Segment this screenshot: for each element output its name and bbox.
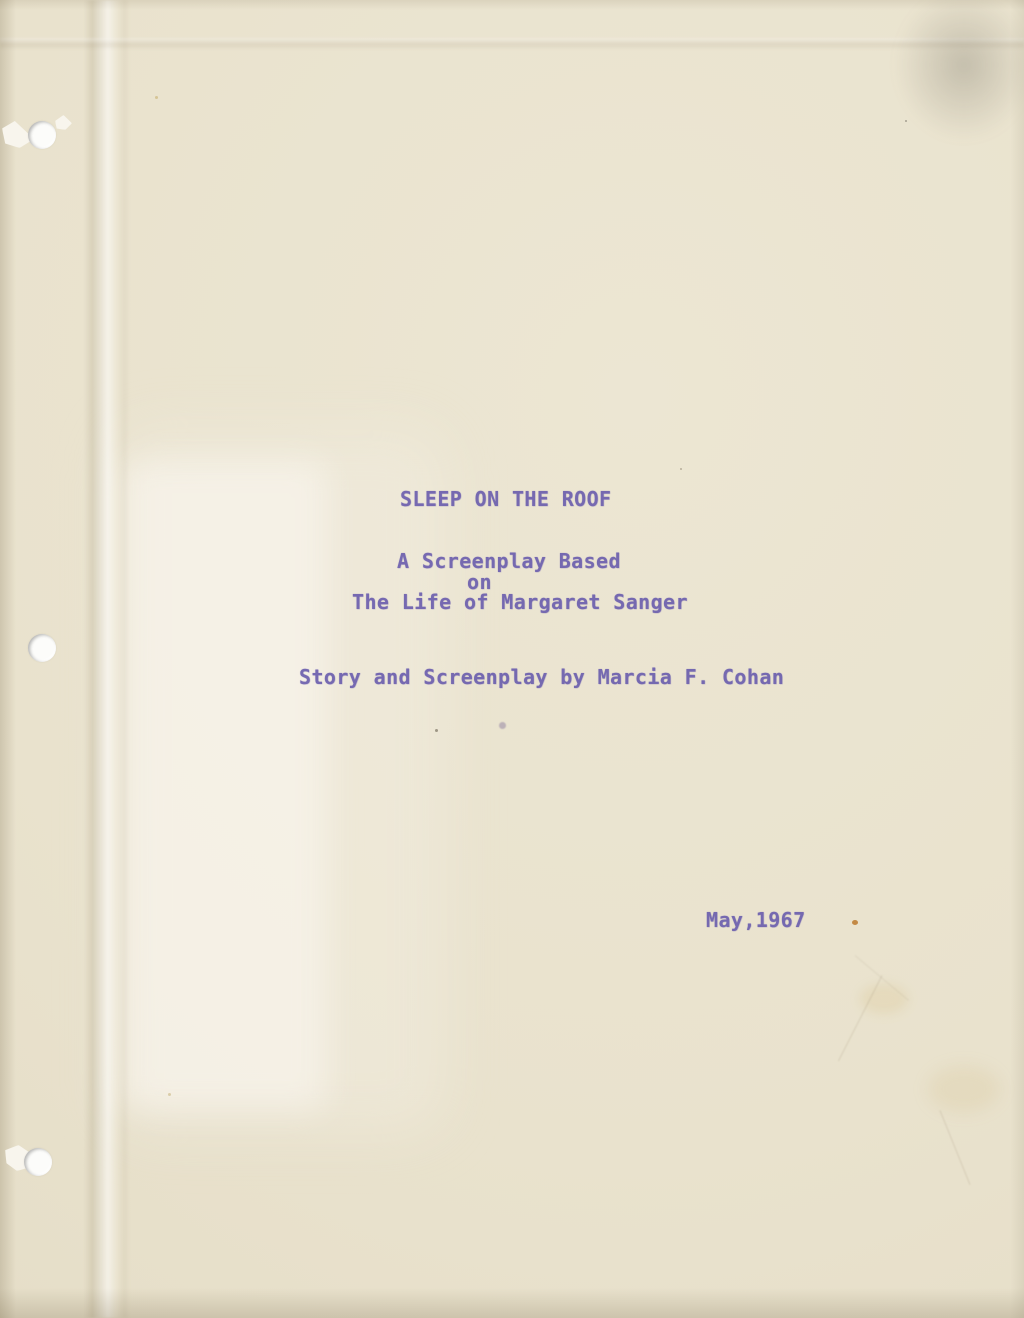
light-exposure-patch — [120, 460, 328, 1110]
corner-age-smudge — [869, 0, 1024, 170]
punch-hole-middle — [28, 634, 56, 662]
date-line: May,1967 — [706, 908, 806, 932]
age-stain — [860, 984, 908, 1014]
paper-speck — [435, 729, 438, 732]
age-stain — [928, 1066, 1000, 1112]
author-byline: Story and Screenplay by Marcia F. Cohan — [299, 665, 784, 689]
punch-hole-top — [28, 121, 56, 149]
punch-hole-bottom — [24, 1148, 52, 1176]
top-horizontal-crease — [0, 38, 1024, 50]
faint-mark — [499, 722, 506, 729]
paper-tear — [55, 115, 72, 130]
light-exposure-column — [112, 428, 447, 1133]
paper-edge-bottom — [0, 1288, 1024, 1318]
subtitle-line-3: The Life of Margaret Sanger — [352, 590, 688, 614]
vertical-fold-crease — [84, 0, 130, 1318]
scanned-paper-sheet: SLEEP ON THE ROOF A Screenplay Based on … — [0, 0, 1024, 1318]
page-title: SLEEP ON THE ROOF — [400, 487, 612, 511]
paper-speck — [168, 1093, 171, 1096]
paper-edge-top — [0, 0, 1024, 10]
rust-stain — [852, 920, 858, 925]
paper-speck — [680, 468, 682, 470]
paper-speck — [905, 120, 907, 122]
paper-wrinkle — [940, 1110, 971, 1185]
paper-edge-left — [0, 0, 16, 1318]
paper-edge-right — [1010, 0, 1024, 1318]
paper-speck — [155, 96, 158, 99]
subtitle-line-1: A Screenplay Based — [397, 549, 621, 573]
paper-wrinkle — [838, 975, 882, 1061]
